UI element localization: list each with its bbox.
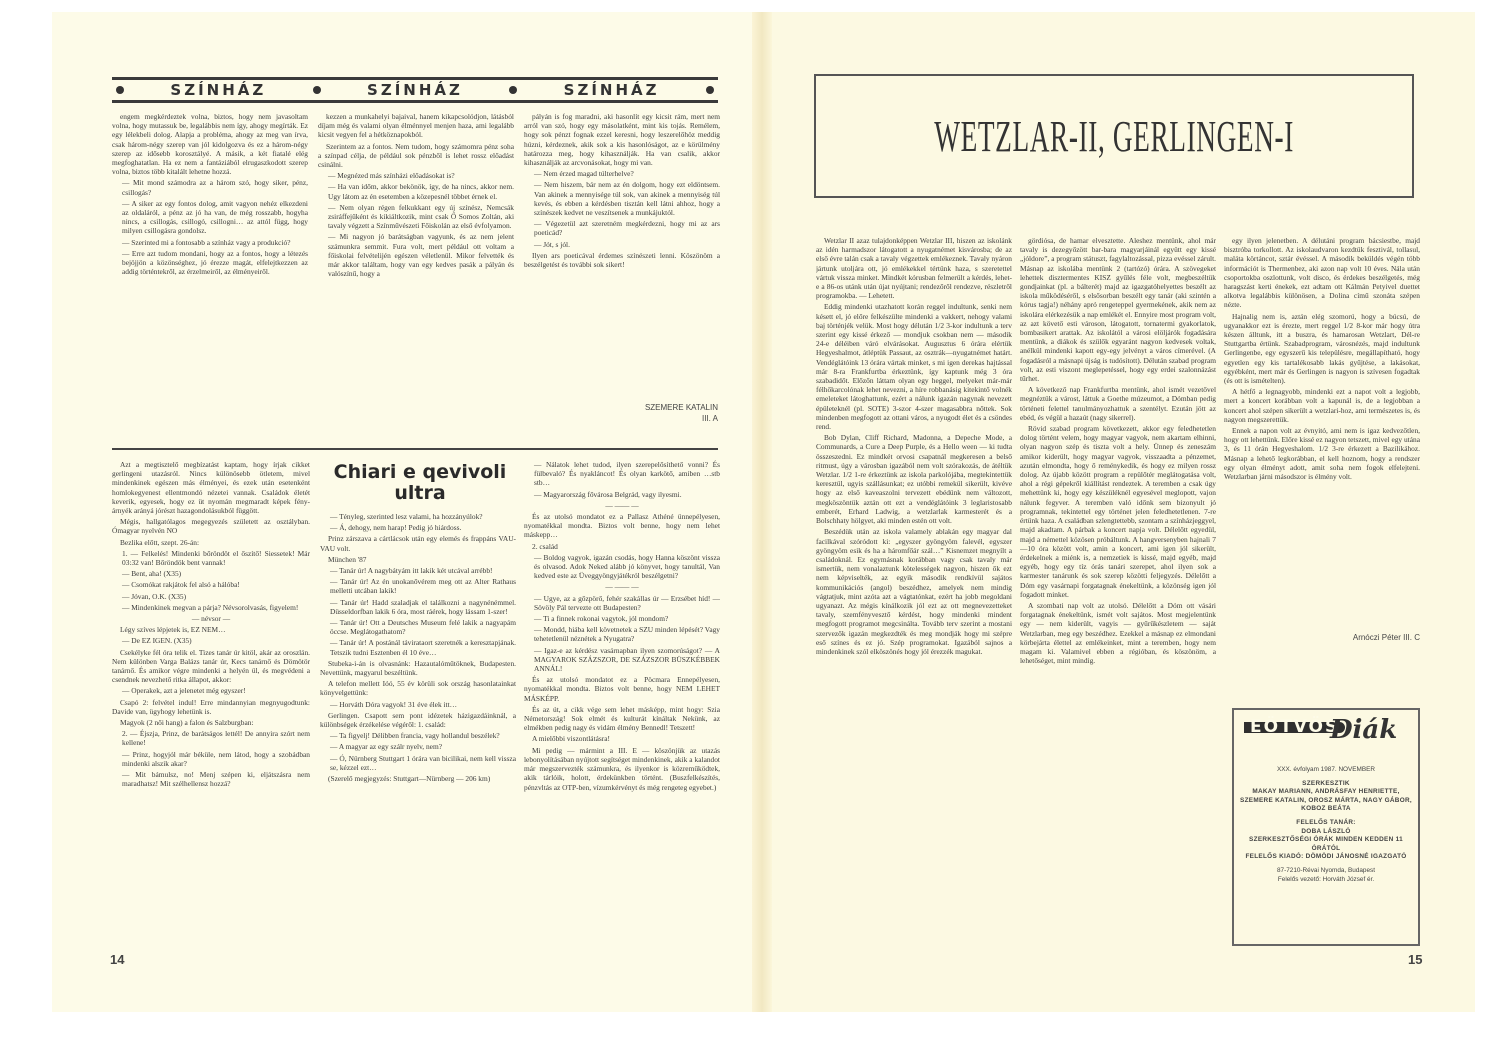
page-number-left: 14: [110, 952, 124, 967]
publisher: FELELŐS KIADÓ: DÖMÖDI JÁNOSNÉ IGAZGATÓ: [1238, 853, 1414, 862]
printer-head: Felelős vezető: Horváth József ér.: [1238, 876, 1414, 885]
theatre-article-column-2: kezzen a munkahelyi bajaival, hanem kika…: [318, 112, 514, 442]
paragraph: Bob Dylan, Cliff Richard, Madonna, a Dep…: [816, 433, 1012, 525]
paragraph: — Á, dehogy, nem harap! Pedig jó hiárdos…: [320, 523, 516, 532]
paragraph: kezzen a munkahelyi bajaival, hanem kika…: [318, 112, 514, 140]
theatre-article-column-1: engem megkérdeztek volna, biztos, hogy n…: [112, 112, 308, 442]
paragraph: — Magyarország fővárosa Belgrád, vagy il…: [524, 490, 720, 499]
paragraph: Mégis, hallgatólagos megegyezés születet…: [112, 517, 310, 535]
paragraph: — De EZ IGEN. (X35): [112, 636, 310, 645]
paragraph: — Nem olyan régen felkukkant egy új szín…: [318, 203, 514, 231]
paragraph: Mi pedig — mármint a III. E — köszönjük …: [524, 746, 720, 792]
paragraph: — Mit bámulsz, no! Menj szépen ki, elját…: [112, 770, 310, 788]
paragraph: — Tanár úr! Az én unokanővérem meg ott a…: [320, 577, 516, 595]
paragraph: Csapó 2: felvétel indul! Erre mindannyia…: [112, 698, 310, 716]
paragraph: — Jót, s jól.: [524, 240, 720, 249]
paragraph: — Csomókat rakjátok fel alsó a hálóba!: [112, 580, 310, 589]
paragraph: — Tanár úr! Ott a Deutsches Museum felé …: [320, 618, 516, 636]
paragraph: — Nálatok lehet tudod, ilyen szerepelősí…: [524, 460, 720, 488]
paragraph: — Bent, aha! (X35): [112, 569, 310, 578]
paragraph: A következő nap Frankfurtba mentünk, aho…: [1020, 385, 1216, 422]
wetzlar-article-column-2: gördiósa, de hamar elvesztette. Aleshez …: [1020, 236, 1216, 936]
paragraph: München '87: [320, 555, 516, 564]
paragraph: — Boldog vagyok, igazán csodás, hogy Han…: [524, 553, 720, 581]
paragraph: gördiósa, de hamar elvesztette. Aleshez …: [1020, 236, 1216, 383]
volume-line: XXX. évfolyam 1987. NOVEMBER: [1238, 766, 1414, 775]
section-label: SZÍNHÁZ: [367, 81, 463, 99]
paragraph: — Megnézed más színházi előadásokat is?: [318, 171, 514, 180]
editors-list: MAKAY MARIANN, ANDRÁSFAY HENRIETTE, SZEM…: [1238, 788, 1414, 814]
paragraph: És az utolsó mondatot ez a Pallasz Athén…: [524, 512, 720, 540]
paragraph: Rövid szabad program következett, akkor …: [1020, 424, 1216, 599]
paragraph: — Erre azt tudom mondani, hogy az a font…: [112, 249, 308, 277]
author-class: III. A: [540, 413, 718, 424]
article-title-box: WETZLAR-II, GERLINGEN-I: [814, 74, 1414, 198]
print-line: 87-7210-Révai Nyomda, Budapest: [1238, 867, 1414, 876]
paragraph: — Ha van időm, akkor bekönök, így, de ha…: [318, 182, 514, 200]
paragraph: Hajnalig nem is, aztán elég szomorú, hog…: [1224, 312, 1420, 386]
paragraph: A mielőbbi viszontlátásra!: [524, 734, 720, 743]
paragraph: — A magyar az egy szálr nyelv, nem?: [320, 742, 516, 751]
paragraph: — Mindenkinek megvan a párja? Névsorolva…: [112, 603, 310, 612]
paragraph: pályán is fog maradni, aki hasonlít egy …: [524, 112, 720, 167]
logo-script: Diák: [1330, 726, 1397, 735]
chiari-article-column-3: — Nálatok lehet tudod, ilyen szerepelősí…: [524, 460, 720, 940]
chiari-article-column-2: — Tényleg, szerinted lesz valami, ha hoz…: [320, 512, 516, 952]
paragraph: — Ó, Nürnberg Stuttgart 1 órára van bici…: [320, 754, 516, 772]
paragraph: Ennek a napon volt az évnyitó, ami nem i…: [1224, 426, 1420, 481]
paragraph: 2. — Éjszja, Prinz, de barátságos lettél…: [112, 729, 310, 747]
paragraph: egy ilyen jelenetben. A délutáni program…: [1224, 236, 1420, 310]
paragraph: — Nem érzed magad túlterhelve?: [524, 169, 720, 178]
wetzlar-article-byline: Arnóczi Péter III. C: [1240, 632, 1420, 643]
chiari-article-column-1: Azt a megtisztelő megbízatást kaptam, ho…: [112, 460, 310, 935]
paragraph: Gerlingen. Csapott sem pont idézetek ház…: [320, 711, 516, 729]
paragraph: Csekélyke fél óra telik el. Tizes tanár …: [112, 648, 310, 685]
section-label: SZÍNHÁZ: [564, 81, 660, 99]
paragraph: — Szerinted mi a fontosabb a színház vag…: [112, 238, 308, 247]
paragraph: — Jóvan, O.K. (X35): [112, 592, 310, 601]
masthead-logo: EÖTVÖS Diák: [1238, 716, 1414, 760]
paragraph: 1. — Felkelés! Mindenki bőröndöt el őszí…: [112, 549, 310, 567]
page-gutter: [752, 12, 772, 1012]
bullet-icon: [706, 86, 714, 94]
paragraph: — Tényleg, szerinted lesz valami, ha hoz…: [320, 512, 516, 521]
teacher-heading: FELELŐS TANÁR:: [1238, 819, 1414, 828]
paragraph: Beszédük után az iskola valamely ablakán…: [816, 527, 1012, 656]
article-title: WETZLAR-II, GERLINGEN-I: [934, 111, 1294, 162]
paragraph: — —— —: [524, 582, 720, 591]
paragraph: (Szerelő megjegyzés: Stuttgart—Nürnberg …: [320, 774, 516, 783]
paragraph: A telefon mellett Ióó, 55 év körüli sok …: [320, 679, 516, 697]
bullet-icon: [313, 86, 321, 94]
paragraph: Azt a megtisztelő megbízatást kaptam, ho…: [112, 460, 310, 515]
theatre-article-byline: SZEMERE KATALIN III. A: [540, 402, 718, 424]
paragraph: — Ta figyelj! Délibben francia, vagy hol…: [320, 731, 516, 740]
paragraph: — Operakek, azt a jelenetet még egyszer!: [112, 686, 310, 695]
office-hours: SZERKESZTŐSÉGI ÓRÁK MINDEN KEDDEN 11 ÓRÁ…: [1238, 836, 1414, 853]
paragraph: — névsor —: [112, 614, 310, 623]
page-number-right: 15: [1408, 952, 1422, 967]
paragraph: — Tanár úr! A postánál távirataort szere…: [320, 638, 516, 656]
chiari-article-title: Chiari e qevivoli ultra: [320, 462, 520, 504]
paragraph: Szerintem az a fontos. Nem tudom, hogy s…: [318, 142, 514, 170]
wetzlar-article-column-1: Wetzlar II azaz tulajdonképpen Wetzlar I…: [816, 236, 1012, 936]
paragraph: Bezlika előtt, szept. 26-án:: [112, 538, 310, 547]
theatre-article-column-3: pályán is fog maradni, aki hasonlít egy …: [524, 112, 720, 388]
author-name: SZEMERE KATALIN: [540, 402, 718, 413]
paragraph: Ilyen ars poeticával érdemes színészeti …: [524, 251, 720, 269]
paragraph: — A siker az egy fontos dolog, amit vagy…: [112, 199, 308, 236]
paragraph: Prinz zárszava a cártlácsok után egy ele…: [320, 534, 516, 552]
paragraph: — Tanár úr! A nagybátyám itt lakik két u…: [320, 566, 516, 575]
bullet-icon: [509, 86, 517, 94]
bullet-icon: [116, 86, 124, 94]
paragraph: — Mondd, hiába kell követnetek a SZU min…: [524, 625, 720, 643]
paragraph: Magyok (2 női hang) a falon és Salzburgb…: [112, 718, 310, 727]
teacher-name: DOBA LÁSZLÓ: [1238, 828, 1414, 837]
paragraph: A szombati nap volt az utolsó. Délelőtt …: [1020, 601, 1216, 665]
paragraph: engem megkérdeztek volna, biztos, hogy n…: [112, 112, 308, 176]
paragraph: És az út, a cikk vége sem lehet másképp,…: [524, 705, 720, 733]
paragraph: — Mit mond számodra az a három szó, hogy…: [112, 178, 308, 196]
paragraph: — Prinz, hogyjól már béküle, nem látod, …: [112, 750, 310, 768]
paragraph: — Horváth Dóra vagyok! 31 éve élek itt…: [320, 700, 516, 709]
section-label: SZÍNHÁZ: [170, 81, 266, 99]
article-divider: [112, 448, 718, 450]
paragraph: — Mi nagyon jó barátságban vagyunk, és a…: [318, 232, 514, 278]
paragraph: Eddig mindenki utazhatott korán reggel i…: [816, 302, 1012, 431]
paragraph: — Tanár úr! Hadd szaladjak el találkozni…: [320, 598, 516, 616]
paragraph: — Végezetül azt szeretném megkérdezni, h…: [524, 219, 720, 237]
editors-heading: SZERKESZTIK: [1238, 780, 1414, 789]
paragraph: — Igaz-e az kérdész vasárnapban ilyen sz…: [524, 646, 720, 674]
masthead-box: EÖTVÖS Diák XXX. évfolyam 1987. NOVEMBER…: [1232, 708, 1420, 946]
paragraph: — —— —: [524, 501, 720, 510]
paragraph: — Ti a finnek rokonai vagytok, jól mondo…: [524, 614, 720, 623]
paragraph: A hétfő a legnagyobb, mindenki ezt a nap…: [1224, 387, 1420, 424]
section-header: SZÍNHÁZ SZÍNHÁZ SZÍNHÁZ: [112, 77, 718, 103]
wetzlar-article-column-3: egy ilyen jelenetben. A délutáni program…: [1224, 236, 1420, 616]
paragraph: 2. család: [524, 542, 720, 551]
paragraph: — Ugye, az a gőzpörő, fehér szakállas úr…: [524, 594, 720, 612]
paragraph: — Nem hiszem, bár nem az én dolgom, hogy…: [524, 180, 720, 217]
paragraph: Légy szíves lépjetek is, EZ NEM…: [112, 625, 310, 634]
paragraph: Stubeka-i-án is olvasnánk: Hazautalóműtö…: [320, 659, 516, 677]
paragraph: Wetzlar II azaz tulajdonképpen Wetzlar I…: [816, 236, 1012, 300]
paragraph: És az utolsó mondatot ez a Pöcmara Ennep…: [524, 675, 720, 703]
